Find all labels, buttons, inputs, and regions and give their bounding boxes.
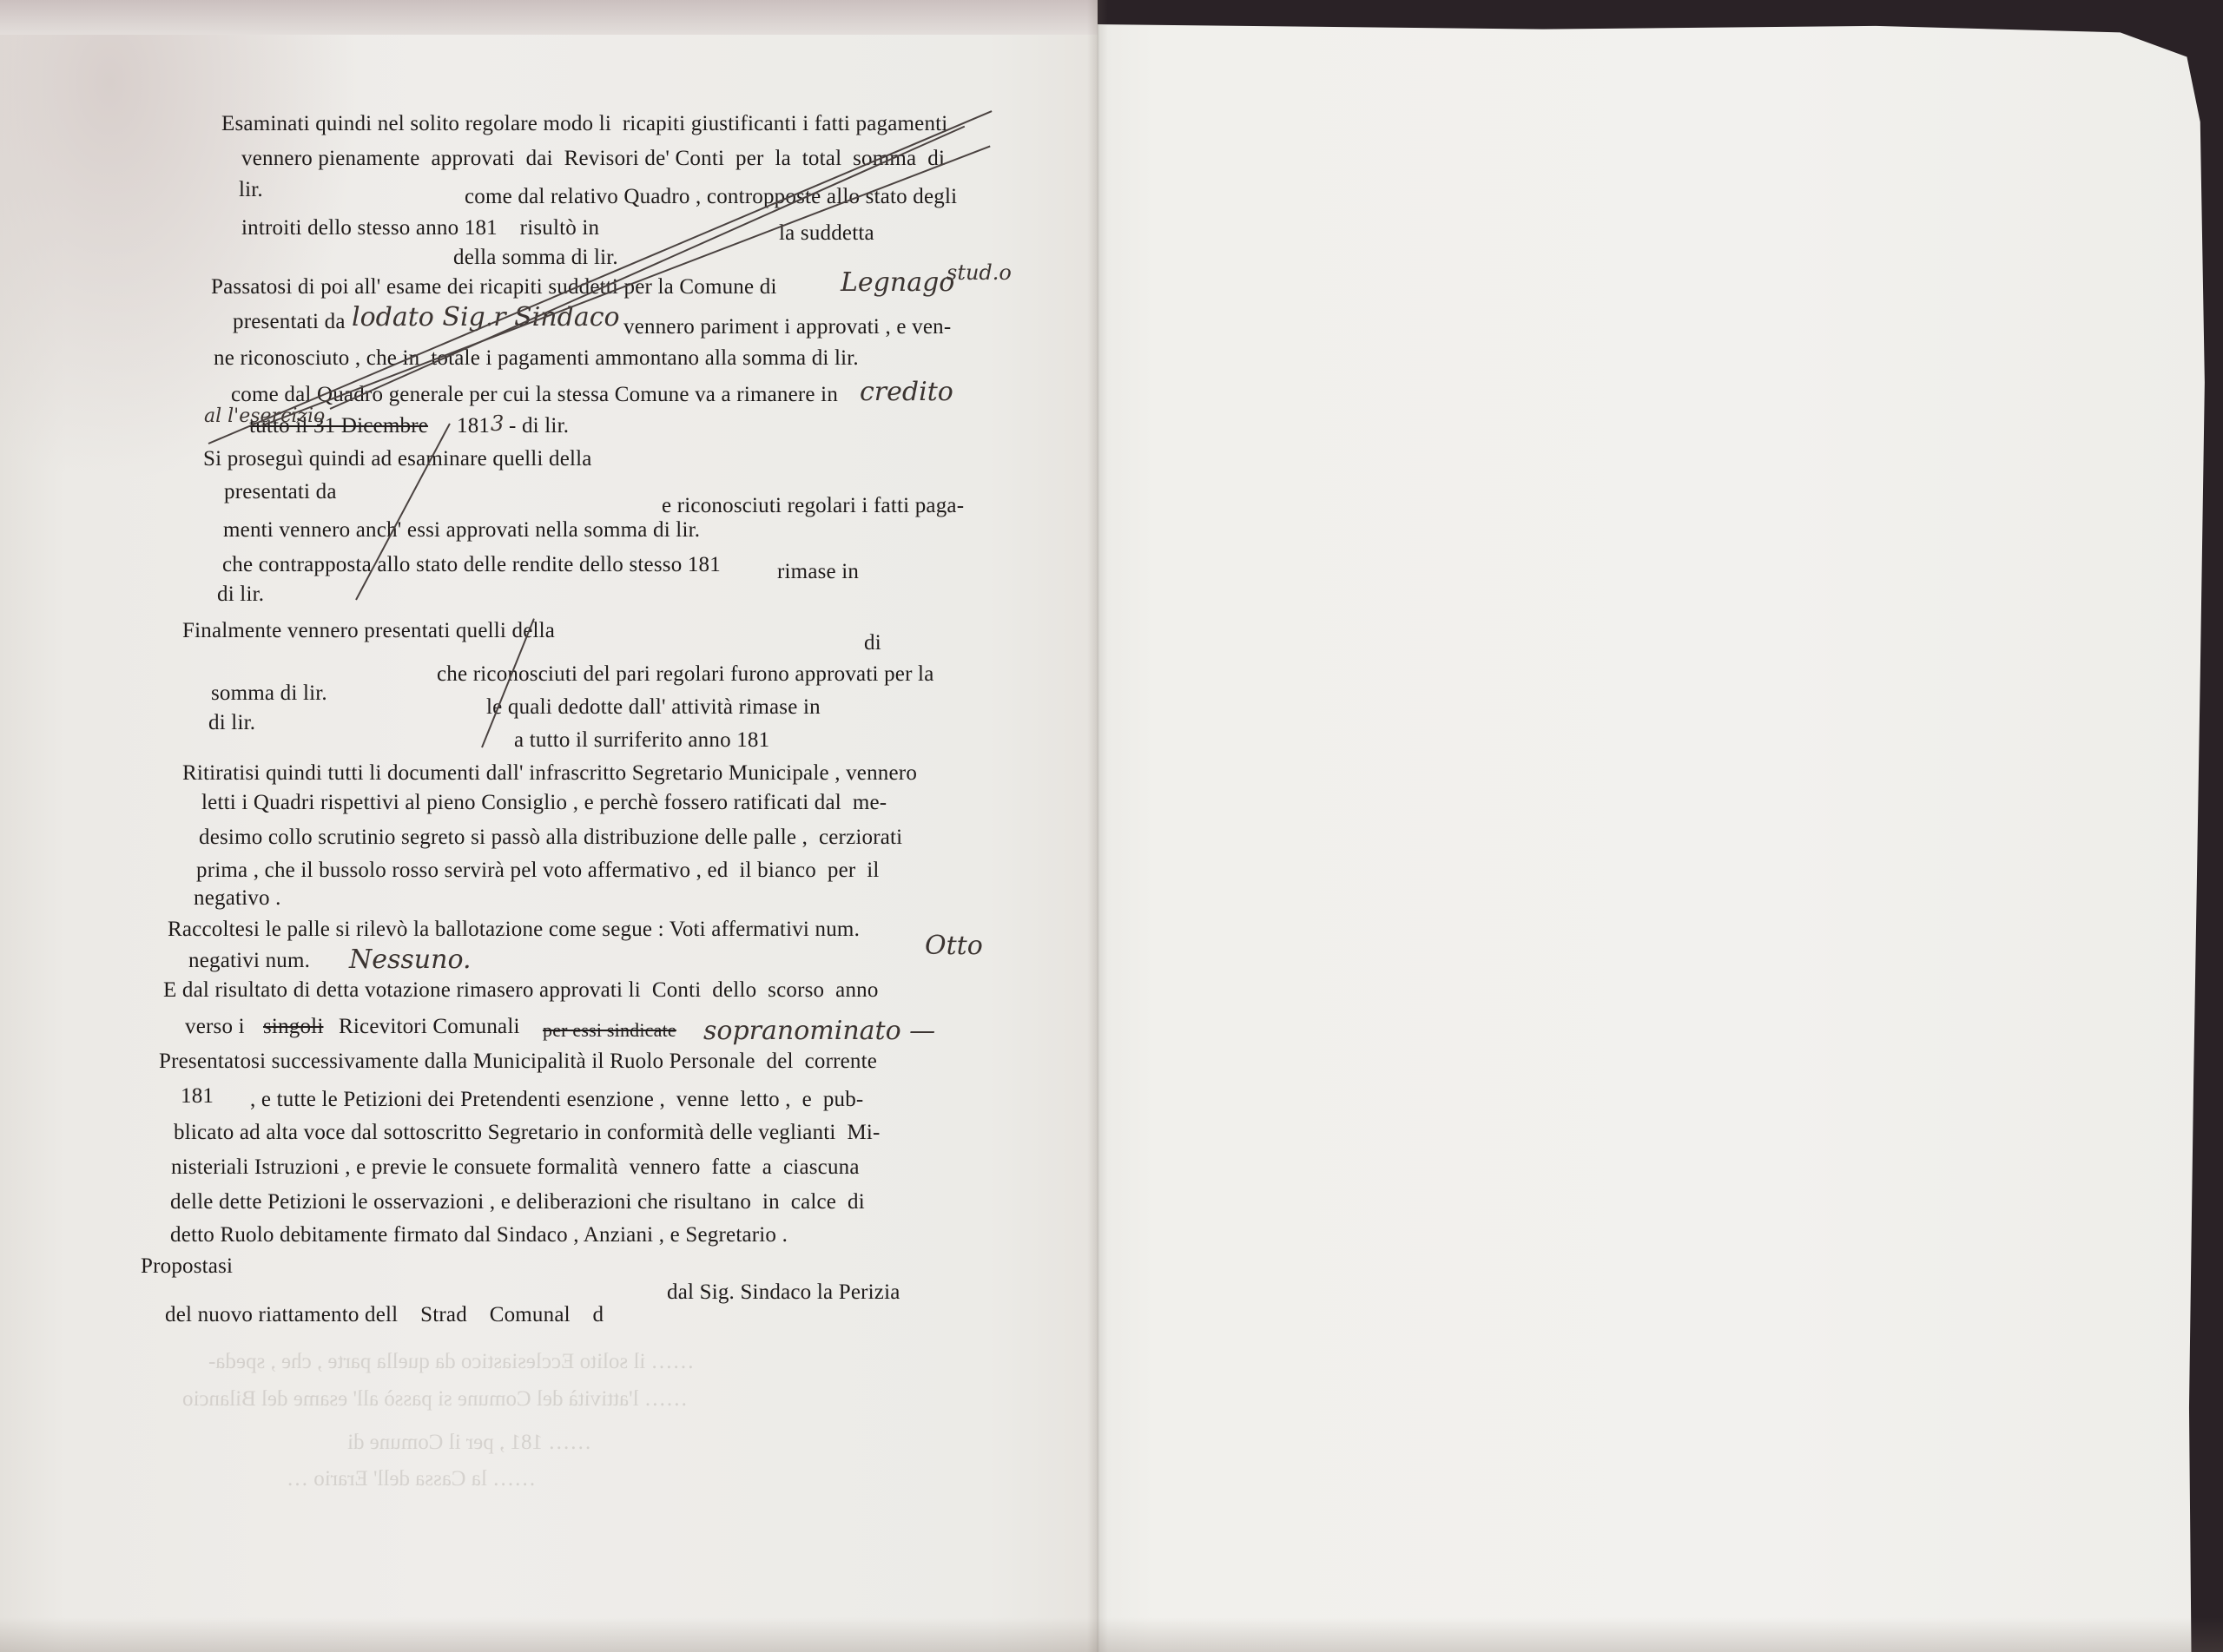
text-line: di lir. <box>217 582 264 608</box>
text-line: desimo collo scrutinio segreto si passò … <box>199 825 902 851</box>
text-line: - di lir. <box>509 413 569 439</box>
text-line: detto Ruolo debitamente firmato dal Sind… <box>170 1222 788 1248</box>
text-line: nisteriali Istruzioni , e previe le cons… <box>171 1155 860 1181</box>
text-line: la suddetta <box>779 220 874 247</box>
handwritten-comune-suffix: stud.o <box>947 259 1012 286</box>
text-line: verso i <box>185 1014 245 1040</box>
text-line: E dal risultato di detta votazione rimas… <box>163 977 879 1004</box>
text-line: Si proseguì quindi ad esaminare quelli d… <box>203 446 592 472</box>
text-line: rimase in <box>777 559 859 585</box>
text-line: che contrapposta allo stato delle rendit… <box>222 552 721 578</box>
text-line: Esaminati quindi nel solito regolare mod… <box>221 111 947 137</box>
handwritten-year-digit: 3 <box>491 410 504 438</box>
text-line: somma di lir. <box>211 681 327 707</box>
text-line: presentati da <box>224 479 337 505</box>
text-line: Ritiratisi quindi tutti li documenti dal… <box>182 760 917 787</box>
text-line: prima , che il bussolo rosso servirà pel… <box>196 858 880 884</box>
text-line: di lir. <box>208 710 255 736</box>
text-line: menti vennero anch' essi approvati nella… <box>223 517 700 543</box>
text-line: letti i Quadri rispettivi al pieno Consi… <box>201 790 887 816</box>
text-line: Raccoltesi le palle si rilevò la ballota… <box>168 917 860 943</box>
text-line: vennero pariment i approvati , e ven- <box>623 314 951 340</box>
text-line: Passatosi di poi all' esame dei ricapiti… <box>211 274 777 300</box>
text-line: Ricevitori Comunali <box>339 1014 520 1040</box>
text-line: , e tutte le Petizioni dei Pretendenti e… <box>250 1087 863 1113</box>
text-line: di <box>864 630 881 656</box>
text-line: Presentatosi successivamente dalla Munic… <box>159 1049 877 1075</box>
handwritten-balance-status: credito <box>860 378 953 406</box>
handwritten-presented-by: lodato Sig.r Sindaco <box>352 304 620 332</box>
handwritten-comune-name: Legnago <box>841 269 954 297</box>
text-line: negativo . <box>194 885 281 912</box>
text-line: 181 <box>181 1083 214 1109</box>
book-spread: …… il solito Ecclesiastico da quella par… <box>0 0 2223 1652</box>
handwritten-votes-negative: Nessuno. <box>349 946 472 974</box>
text-line: introiti dello stesso anno 181 risultò i… <box>241 215 599 241</box>
text-line: blicato ad alta voce dal sottoscritto Se… <box>174 1120 881 1146</box>
text-line: lir. <box>239 177 263 203</box>
text-line: negativi num. <box>188 948 310 974</box>
handwritten-receiver-note: sopranominato — <box>703 1017 935 1045</box>
handwritten-votes-affirmative: Otto <box>925 932 983 960</box>
text-line: della somma di lir. <box>453 245 618 271</box>
text-line: presentati da <box>233 309 346 335</box>
text-line: Propostasi <box>141 1254 233 1280</box>
text-line: ne riconosciuto , che in totale i pagame… <box>214 346 859 372</box>
printed-form-text: Esaminati quindi nel solito regolare mod… <box>0 0 1098 1652</box>
text-line: e riconosciuti regolari i fatti paga- <box>662 493 964 519</box>
text-line: del nuovo riattamento dell Strad Comunal… <box>165 1302 604 1328</box>
right-page-blank <box>1098 24 2209 1652</box>
text-line: delle dette Petizioni le osservazioni , … <box>170 1189 865 1215</box>
struck-text: per essi sindicate <box>543 1017 676 1043</box>
text-line: Finalmente vennero presentati quelli del… <box>182 618 555 644</box>
text-line: a tutto il surriferito anno 181 <box>514 727 769 754</box>
text-line: vennero pienamente approvati dai Revisor… <box>241 146 945 172</box>
text-line: dal Sig. Sindaco la Perizia <box>667 1280 900 1306</box>
text-line: 181 <box>457 413 490 439</box>
text-line: le quali dedotte dall' attività rimase i… <box>486 694 821 721</box>
struck-text: singoli <box>263 1014 323 1040</box>
